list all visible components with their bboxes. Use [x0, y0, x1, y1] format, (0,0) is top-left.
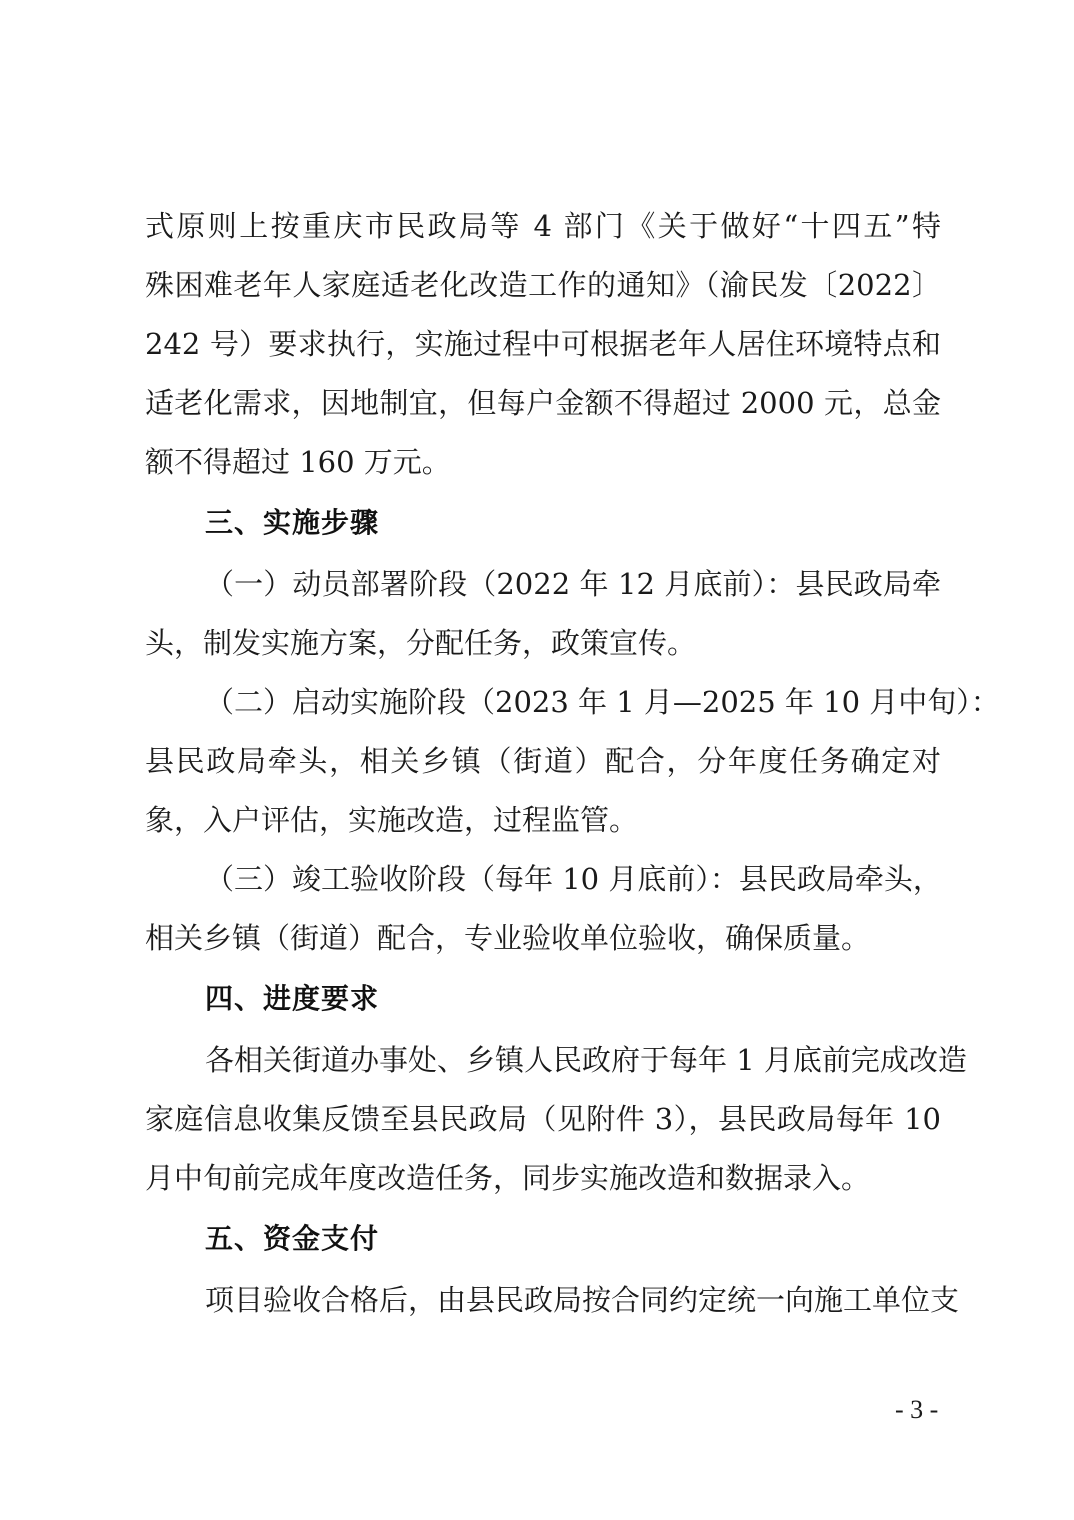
body-line: 月中旬前完成年度改造任务，同步实施改造和数据录入。 [145, 1158, 941, 1198]
section-heading-progress-requirements: 四、进度要求 [205, 979, 379, 1019]
section-heading-implementation-steps: 三、实施步骤 [205, 503, 379, 543]
section-heading-fund-payment: 五、资金支付 [205, 1219, 379, 1259]
body-line: 额不得超过 160 万元。 [145, 442, 941, 482]
body-line: 殊困难老年人家庭适老化改造工作的通知》（渝民发〔2022〕 [145, 265, 941, 305]
document-page: 式原则上按重庆市民政局等 4 部门《关于做好“十四五”特 殊困难老年人家庭适老化… [0, 0, 1074, 1520]
body-line: 项目验收合格后，由县民政局按合同约定统一向施工单位支 [205, 1280, 941, 1320]
body-line: （二）启动实施阶段（2023 年 1 月—2025 年 10 月中旬）： [205, 682, 941, 722]
body-line: 适老化需求，因地制宜，但每户金额不得超过 2000 元，总金 [145, 383, 941, 423]
body-line: （一）动员部署阶段（2022 年 12 月底前）：县民政局牵 [205, 564, 941, 604]
body-line: 头，制发实施方案，分配任务，政策宣传。 [145, 623, 941, 663]
body-line: （三）竣工验收阶段（每年 10 月底前）：县民政局牵头， [205, 859, 941, 899]
body-line: 式原则上按重庆市民政局等 4 部门《关于做好“十四五”特 [145, 206, 941, 246]
page-number: - 3 - [895, 1392, 938, 1428]
body-line: 相关乡镇（街道）配合，专业验收单位验收，确保质量。 [145, 918, 941, 958]
body-line: 家庭信息收集反馈至县民政局（见附件 3），县民政局每年 10 [145, 1099, 941, 1139]
body-line: 各相关街道办事处、乡镇人民政府于每年 1 月底前完成改造 [205, 1040, 941, 1080]
body-line: 242 号）要求执行，实施过程中可根据老年人居住环境特点和 [145, 324, 941, 364]
body-line: 县民政局牵头，相关乡镇（街道）配合，分年度任务确定对 [145, 741, 941, 781]
body-line: 象，入户评估，实施改造，过程监管。 [145, 800, 941, 840]
